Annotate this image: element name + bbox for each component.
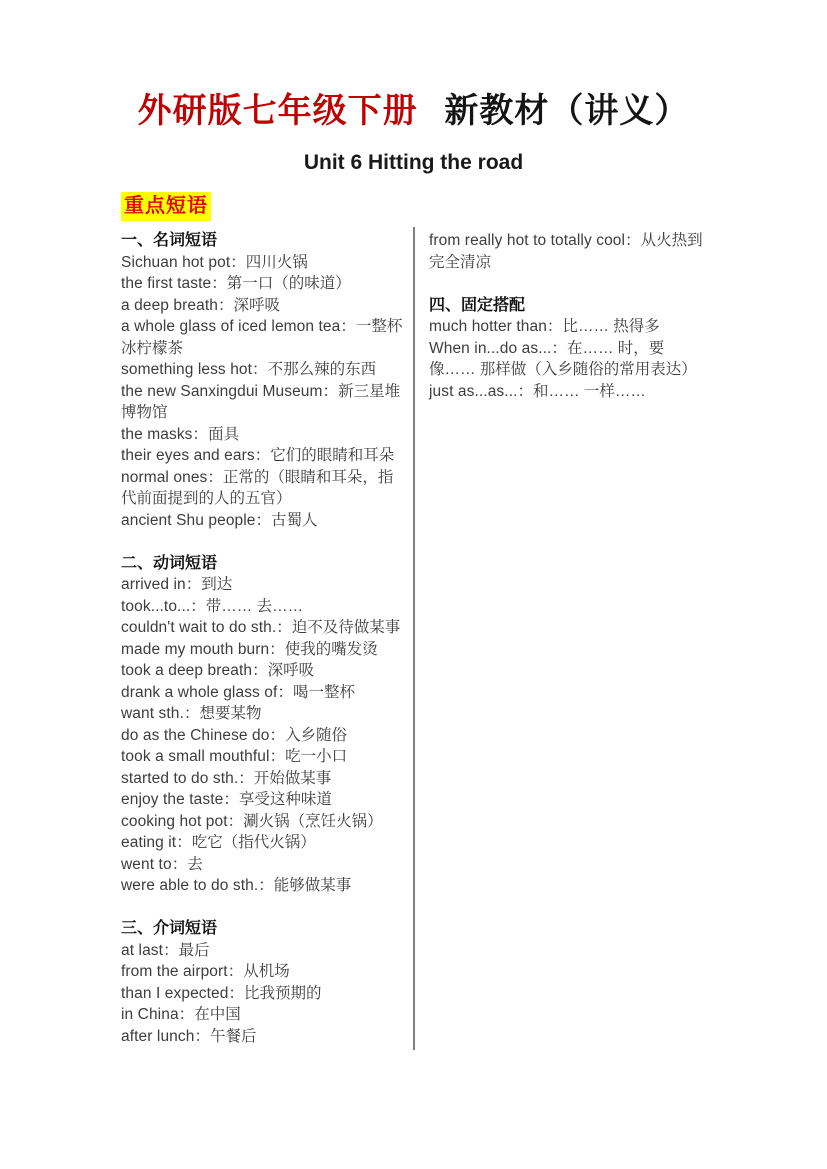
phrase-item: started to do sth.：开始做某事	[121, 768, 405, 790]
phrase-item: something less hot：不那么辣的东西	[121, 359, 405, 381]
phrase-colon: ：	[228, 813, 244, 830]
phrase-chinese: 入乡随俗	[285, 727, 347, 744]
phrase-english: after lunch	[121, 1028, 194, 1045]
phrase-item: enjoy the taste：享受这种味道	[121, 789, 405, 811]
phrase-chinese: 去	[187, 856, 203, 873]
phrase-item: the new Sanxingdui Museum：新三星堆博物馆	[121, 381, 405, 424]
phrase-item: were able to do sth.：能够做某事	[121, 875, 405, 897]
phrase-chinese: 迫不及待做某事	[292, 619, 401, 636]
phrase-english: went to	[121, 856, 172, 873]
phrase-colon: ：	[238, 770, 254, 787]
phrase-item: drank a whole glass of：喝一整杯	[121, 682, 405, 704]
phrase-english: a whole glass of iced lemon tea	[121, 318, 340, 335]
phrase-colon: ：	[252, 361, 268, 378]
phrase-english: a deep breath	[121, 297, 218, 314]
phrase-chinese: 四川火锅	[246, 254, 308, 271]
phrase-item: cooking hot pot：涮火锅（烹饪火锅）	[121, 811, 405, 833]
phrase-english: couldn't wait to do sth.	[121, 619, 276, 636]
phrase-english: something less hot	[121, 361, 252, 378]
phrase-chinese: 使我的嘴发烫	[285, 641, 378, 658]
section-heading: 三、介词短语	[121, 918, 405, 940]
phrase-chinese: 想要某物	[199, 705, 261, 722]
phrase-english: at last	[121, 942, 163, 959]
phrase-english: from the airport	[121, 963, 228, 980]
phrase-item: want sth.：想要某物	[121, 703, 405, 725]
phrase-chinese: 深呼吸	[233, 297, 280, 314]
title-series-name: 外研版七年级下册	[138, 91, 418, 131]
phrase-english: their eyes and ears	[121, 447, 255, 464]
phrase-colon: ：	[186, 576, 202, 593]
phrase-colon: ：	[258, 877, 274, 894]
phrase-english: made my mouth burn	[121, 641, 269, 658]
phrase-colon: ：	[270, 727, 286, 744]
phrase-colon: ：	[190, 598, 206, 615]
phrase-colon: ：	[230, 254, 246, 271]
phrase-item: took a deep breath：深呼吸	[121, 660, 405, 682]
phrase-item: the masks：面具	[121, 424, 405, 446]
key-phrases-label: 重点短语	[121, 192, 211, 221]
phrase-item: from really hot to totally cool：从火热到完全清凉	[429, 230, 710, 273]
phrase-item: a whole glass of iced lemon tea：一整杯冰柠檬茶	[121, 316, 405, 359]
right-column: from really hot to totally cool：从火热到完全清凉…	[429, 230, 710, 402]
phrase-chinese: 最后	[179, 942, 210, 959]
phrase-item: made my mouth burn：使我的嘴发烫	[121, 639, 405, 661]
phrase-chinese: 喝一整杯	[293, 684, 355, 701]
phrase-item: in China：在中国	[121, 1004, 405, 1026]
phrase-item: Sichuan hot pot：四川火锅	[121, 252, 405, 274]
section-heading: 一、名词短语	[121, 230, 405, 252]
phrase-item: couldn't wait to do sth.：迫不及待做某事	[121, 617, 405, 639]
phrase-english: the first taste	[121, 275, 211, 292]
phrase-chinese: 比…… 热得多	[562, 318, 659, 335]
section-heading: 四、固定搭配	[429, 295, 710, 317]
phrase-item: at last：最后	[121, 940, 405, 962]
phrase-item: their eyes and ears：它们的眼睛和耳朵	[121, 445, 405, 467]
phrase-chinese: 深呼吸	[268, 662, 315, 679]
title-edition-suffix: 新教材（讲义）	[444, 91, 689, 131]
phrase-colon: ：	[172, 856, 188, 873]
phrase-colon: ：	[270, 748, 286, 765]
phrase-english: enjoy the taste	[121, 791, 223, 808]
page-title: 外研版七年级下册 新教材（讲义）	[0, 88, 827, 134]
phrase-item: from the airport：从机场	[121, 961, 405, 983]
phrase-colon: ：	[269, 641, 285, 658]
phrase-chinese: 面具	[208, 426, 239, 443]
phrase-chinese: 和…… 一样……	[533, 383, 646, 400]
phrase-colon: ：	[228, 963, 244, 980]
phrase-item: took...to...：带…… 去……	[121, 596, 405, 618]
phrase-english: took a small mouthful	[121, 748, 270, 765]
phrase-colon: ：	[518, 383, 534, 400]
phrase-chinese: 在中国	[194, 1006, 241, 1023]
phrase-english: eating it	[121, 834, 176, 851]
phrase-colon: ：	[229, 985, 245, 1002]
phrase-colon: ：	[223, 791, 239, 808]
phrase-chinese: 涮火锅（烹饪火锅）	[243, 813, 383, 830]
phrase-colon: ：	[163, 942, 179, 959]
phrase-english: normal ones	[121, 469, 207, 486]
phrase-english: in China	[121, 1006, 179, 1023]
phrase-colon: ：	[184, 705, 200, 722]
phrase-chinese: 吃它（指代火锅）	[192, 834, 316, 851]
phrase-english: just as...as...	[429, 383, 518, 400]
phrase-colon: ：	[255, 447, 271, 464]
phrase-english: When in...do as...	[429, 340, 551, 357]
phrase-chinese: 带…… 去……	[206, 598, 303, 615]
phrase-chinese: 开始做某事	[254, 770, 332, 787]
phrase-colon: ：	[179, 1006, 195, 1023]
phrase-item: arrived in：到达	[121, 574, 405, 596]
phrase-colon: ：	[277, 684, 293, 701]
phrase-english: than I expected	[121, 985, 229, 1002]
phrase-colon: ：	[547, 318, 563, 335]
phrase-item: took a small mouthful：吃一小口	[121, 746, 405, 768]
phrase-english: do as the Chinese do	[121, 727, 270, 744]
phrase-colon: ：	[207, 469, 223, 486]
phrase-english: took a deep breath	[121, 662, 252, 679]
phrase-english: Sichuan hot pot	[121, 254, 230, 271]
phrase-english: drank a whole glass of	[121, 684, 277, 701]
phrase-item: than I expected：比我预期的	[121, 983, 405, 1005]
phrase-english: arrived in	[121, 576, 186, 593]
phrase-colon: ：	[256, 512, 272, 529]
phrase-item: just as...as...：和…… 一样……	[429, 381, 710, 403]
phrase-english: ancient Shu people	[121, 512, 256, 529]
phrase-item: after lunch：午餐后	[121, 1026, 405, 1048]
phrase-chinese: 古蜀人	[271, 512, 318, 529]
phrase-english: took...to...	[121, 598, 190, 615]
phrase-item: much hotter than：比…… 热得多	[429, 316, 710, 338]
phrase-colon: ：	[276, 619, 292, 636]
phrase-item: eating it：吃它（指代火锅）	[121, 832, 405, 854]
phrase-chinese: 吃一小口	[285, 748, 347, 765]
phrase-colon: ：	[194, 1028, 210, 1045]
phrase-chinese: 到达	[201, 576, 232, 593]
phrase-english: were able to do sth.	[121, 877, 258, 894]
phrase-chinese: 第一口（的味道）	[227, 275, 351, 292]
phrase-english: the masks	[121, 426, 193, 443]
phrase-english: from really hot to totally cool	[429, 232, 625, 249]
document-page: 外研版七年级下册 新教材（讲义） Unit 6 Hitting the road…	[0, 0, 827, 1169]
phrase-chinese: 午餐后	[210, 1028, 257, 1045]
phrase-item: a deep breath：深呼吸	[121, 295, 405, 317]
phrase-item: went to：去	[121, 854, 405, 876]
unit-subtitle: Unit 6 Hitting the road	[0, 147, 827, 179]
left-column: 一、名词短语Sichuan hot pot：四川火锅the first tast…	[121, 230, 405, 1047]
phrase-item: normal ones：正常的（眼睛和耳朵，指代前面提到的人的五官）	[121, 467, 405, 510]
phrase-colon: ：	[193, 426, 209, 443]
phrase-colon: ：	[340, 318, 356, 335]
phrase-chinese: 享受这种味道	[239, 791, 332, 808]
phrase-colon: ：	[211, 275, 227, 292]
phrase-english: started to do sth.	[121, 770, 238, 787]
phrase-colon: ：	[323, 383, 339, 400]
phrase-item: When in...do as...：在…… 时，要像…… 那样做（入乡随俗的常…	[429, 338, 710, 381]
phrase-english: want sth.	[121, 705, 184, 722]
phrase-item: do as the Chinese do：入乡随俗	[121, 725, 405, 747]
phrase-colon: ：	[252, 662, 268, 679]
phrase-colon: ：	[625, 232, 641, 249]
section-heading: 二、动词短语	[121, 553, 405, 575]
phrase-colon: ：	[218, 297, 234, 314]
phrase-item: ancient Shu people：古蜀人	[121, 510, 405, 532]
phrase-english: the new Sanxingdui Museum	[121, 383, 323, 400]
phrase-chinese: 能够做某事	[274, 877, 352, 894]
phrase-chinese: 它们的眼睛和耳朵	[270, 447, 394, 464]
phrase-english: cooking hot pot	[121, 813, 228, 830]
phrase-item: the first taste：第一口（的味道）	[121, 273, 405, 295]
phrase-chinese: 不那么辣的东西	[268, 361, 377, 378]
phrase-chinese: 从机场	[243, 963, 290, 980]
phrase-chinese: 比我预期的	[244, 985, 322, 1002]
column-divider-line	[413, 227, 415, 1050]
phrase-colon: ：	[551, 340, 567, 357]
phrase-colon: ：	[176, 834, 192, 851]
phrase-english: much hotter than	[429, 318, 547, 335]
